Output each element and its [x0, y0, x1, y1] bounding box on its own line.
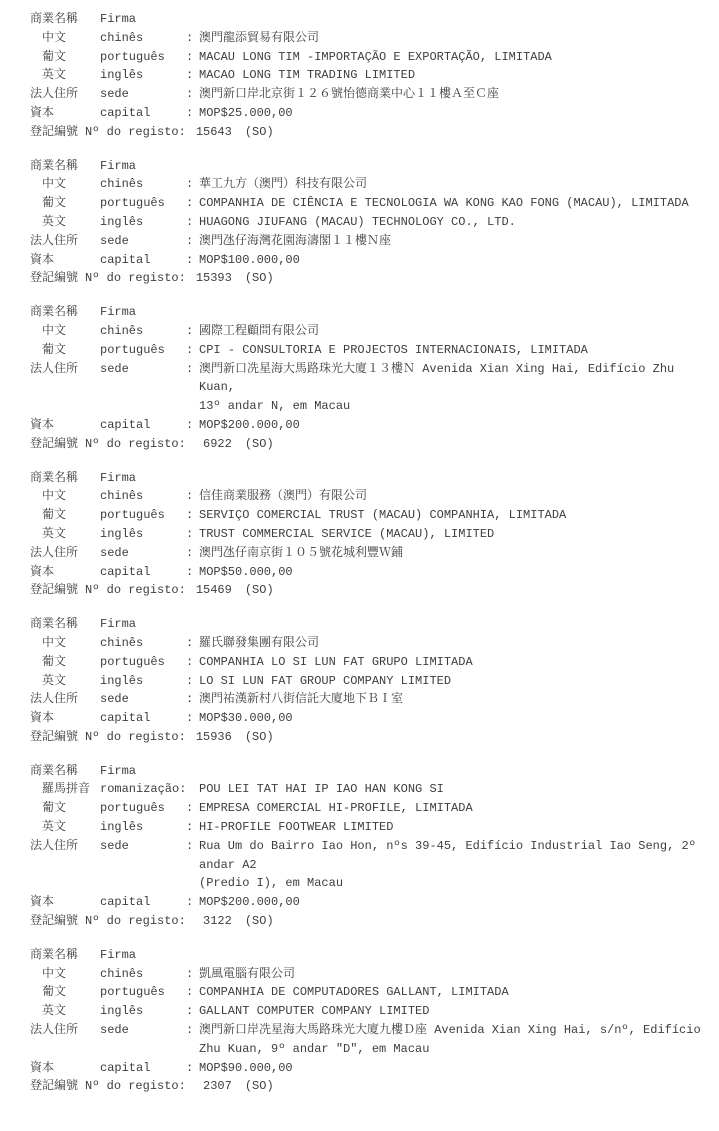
field-value-line: MACAO LONG TIM TRADING LIMITED [199, 66, 711, 85]
field-label-pt: capital [100, 416, 186, 435]
field-label-pt: inglês [100, 525, 186, 544]
field-label-pt: chinês [100, 965, 186, 984]
field-value-line: 澳門新口冼星海大馬路珠光大廈１３樓Ｎ Avenida Xian Xing Hai… [199, 360, 711, 398]
field-label-zh: 資本 [30, 251, 100, 270]
entry-field-row: 葡文português:COMPANHIA DE CIÊNCIA E TECNO… [30, 194, 711, 213]
field-value-line: POU LEI TAT HAI IP IAO HAN KONG SI [199, 780, 711, 799]
field-label-pt: português [100, 48, 186, 67]
entry-header-label-zh: 商業名稱 [30, 157, 100, 176]
entry-field-row: 羅馬拼音romanização:POU LEI TAT HAI IP IAO H… [30, 780, 711, 799]
field-value: 華工九方（澳門）科技有限公司 [199, 175, 711, 194]
field-colon: : [186, 525, 199, 544]
field-label-pt: inglês [100, 213, 186, 232]
registration-number: 15393 [194, 269, 232, 288]
field-label-pt: chinês [100, 634, 186, 653]
field-value: MOP$25.000,00 [199, 104, 711, 123]
field-colon: : [186, 251, 199, 270]
field-value: EMPRESA COMERCIAL HI-PROFILE, LIMITADA [199, 799, 711, 818]
entry-header-label-pt: Firma [100, 303, 186, 322]
field-value-line: 澳門祐漢新村八街信託大廈地下ＢＩ室 [199, 690, 711, 709]
registry-entry: 商業名稱Firma中文chinês:羅氏聯發集團有限公司葡文português:… [30, 615, 711, 747]
field-colon: : [186, 818, 199, 837]
field-value-line: MACAU LONG TIM -IMPORTAÇÃO E EXPORTAÇÃO,… [199, 48, 711, 67]
field-label-pt: capital [100, 893, 186, 912]
field-colon: : [186, 653, 199, 672]
registration-suffix: (SO) [245, 728, 274, 747]
field-label-pt: português [100, 983, 186, 1002]
entry-field-row: 法人住所sede:澳門氹仔海灣花園海濤閣１１樓Ｎ座 [30, 232, 711, 251]
field-label-zh: 中文 [30, 965, 100, 984]
field-value: 澳門龍添貿易有限公司 [199, 29, 711, 48]
field-colon: : [186, 104, 199, 123]
field-label-pt: chinês [100, 29, 186, 48]
field-colon: : [186, 322, 199, 341]
field-value: 澳門新口岸冼星海大馬路珠光大廈九樓Ｄ座 Avenida Xian Xing Ha… [199, 1021, 711, 1059]
entry-field-row: 中文chinês:信佳商業服務（澳門）有限公司 [30, 487, 711, 506]
field-label-pt: chinês [100, 175, 186, 194]
field-value: LO SI LUN FAT GROUP COMPANY LIMITED [199, 672, 711, 691]
registration-number: 15643 [194, 123, 232, 142]
field-label-pt: sede [100, 1021, 186, 1040]
field-colon: : [186, 799, 199, 818]
field-label-pt: português [100, 506, 186, 525]
registry-entry: 商業名稱Firma中文chinês:國際工程顧問有限公司葡文português:… [30, 303, 711, 453]
field-colon: : [186, 544, 199, 563]
field-label-zh: 資本 [30, 563, 100, 582]
field-label-zh: 法人住所 [30, 690, 100, 709]
registration-suffix: (SO) [245, 581, 274, 600]
field-label-zh: 葡文 [30, 194, 100, 213]
field-value-line: 澳門新口岸冼星海大馬路珠光大廈九樓Ｄ座 Avenida Xian Xing Ha… [199, 1021, 711, 1040]
field-colon: : [186, 85, 199, 104]
field-value-line: HUAGONG JIUFANG (MACAU) TECHNOLOGY CO., … [199, 213, 711, 232]
entry-registration-row: 登記編號Nº do registo:15469(SO) [30, 581, 711, 600]
registration-suffix: (SO) [245, 435, 274, 454]
entry-header-label-zh: 商業名稱 [30, 303, 100, 322]
field-label-pt: capital [100, 251, 186, 270]
registration-label-zh: 登記編號 [30, 581, 78, 600]
field-label-pt: chinês [100, 322, 186, 341]
registration-suffix: (SO) [245, 912, 274, 931]
field-value: 信佳商業服務（澳門）有限公司 [199, 487, 711, 506]
field-value: 澳門氹仔南京街１０５號花城利豐Ｗ鋪 [199, 544, 711, 563]
field-value-line: MOP$30.000,00 [199, 709, 711, 728]
field-value-line: 羅氏聯發集團有限公司 [199, 634, 711, 653]
registration-label-zh: 登記編號 [30, 728, 78, 747]
entry-header-label-pt: Firma [100, 762, 186, 781]
field-colon: : [186, 48, 199, 67]
field-value: HI-PROFILE FOOTWEAR LIMITED [199, 818, 711, 837]
entry-field-row: 葡文português:CPI - CONSULTORIA E PROJECTO… [30, 341, 711, 360]
field-label-pt: português [100, 194, 186, 213]
field-label-zh: 葡文 [30, 48, 100, 67]
entry-field-row: 葡文português:SERVIÇO COMERCIAL TRUST (MAC… [30, 506, 711, 525]
field-value-line: Zhu Kuan, 9º andar "D", em Macau [199, 1040, 711, 1059]
entry-registration-row: 登記編號Nº do registo:3122(SO) [30, 912, 711, 931]
registration-label-pt: Nº do registo: [85, 123, 186, 142]
field-value-line: LO SI LUN FAT GROUP COMPANY LIMITED [199, 672, 711, 691]
entry-header-row: 商業名稱Firma [30, 469, 711, 488]
entry-registration-row: 登記編號Nº do registo:15936(SO) [30, 728, 711, 747]
field-label-zh: 資本 [30, 416, 100, 435]
field-colon: : [186, 506, 199, 525]
registration-label-zh: 登記編號 [30, 123, 78, 142]
field-colon: : [186, 837, 199, 856]
entry-field-row: 法人住所sede:澳門新口岸北京街１２６號怡德商業中心１１樓Ａ至Ｃ座 [30, 85, 711, 104]
field-label-pt: capital [100, 563, 186, 582]
field-value-line: 澳門龍添貿易有限公司 [199, 29, 711, 48]
field-label-zh: 中文 [30, 322, 100, 341]
field-label-zh: 中文 [30, 175, 100, 194]
field-value: CPI - CONSULTORIA E PROJECTOS INTERNACIO… [199, 341, 711, 360]
entry-field-row: 中文chinês:羅氏聯發集團有限公司 [30, 634, 711, 653]
registry-entry: 商業名稱Firma羅馬拼音romanização:POU LEI TAT HAI… [30, 762, 711, 931]
field-value-line: GALLANT COMPUTER COMPANY LIMITED [199, 1002, 711, 1021]
field-value-line: 凱風電腦有限公司 [199, 965, 711, 984]
field-value-line: (Predio I), em Macau [199, 874, 711, 893]
field-value-line: 澳門氹仔海灣花園海濤閣１１樓Ｎ座 [199, 232, 711, 251]
field-value-line: MOP$50.000,00 [199, 563, 711, 582]
entry-header-label-zh: 商業名稱 [30, 615, 100, 634]
registry-entry: 商業名稱Firma中文chinês:信佳商業服務（澳門）有限公司葡文portug… [30, 469, 711, 601]
field-value: MACAU LONG TIM -IMPORTAÇÃO E EXPORTAÇÃO,… [199, 48, 711, 67]
registration-label-pt: Nº do registo: [85, 728, 186, 747]
entry-header-label-pt: Firma [100, 10, 186, 29]
field-colon: : [186, 1059, 199, 1078]
field-colon: : [186, 232, 199, 251]
field-colon: : [186, 672, 199, 691]
entry-field-row: 法人住所sede:澳門新口冼星海大馬路珠光大廈１３樓Ｎ Avenida Xian… [30, 360, 711, 416]
field-value-line: Rua Um do Bairro Iao Hon, nºs 39-45, Edi… [199, 837, 711, 875]
entry-field-row: 英文inglês:TRUST COMMERCIAL SERVICE (MACAU… [30, 525, 711, 544]
entry-field-row: 葡文português:MACAU LONG TIM -IMPORTAÇÃO E… [30, 48, 711, 67]
registry-document: 商業名稱Firma中文chinês:澳門龍添貿易有限公司葡文português:… [30, 10, 711, 1096]
field-colon: : [186, 893, 199, 912]
field-value-line: CPI - CONSULTORIA E PROJECTOS INTERNACIO… [199, 341, 711, 360]
field-colon: : [186, 487, 199, 506]
field-label-zh: 英文 [30, 525, 100, 544]
entry-header-label-zh: 商業名稱 [30, 469, 100, 488]
field-label-zh: 葡文 [30, 653, 100, 672]
field-value: 羅氏聯發集團有限公司 [199, 634, 711, 653]
entry-field-row: 葡文português:COMPANHIA LO SI LUN FAT GRUP… [30, 653, 711, 672]
entry-header-row: 商業名稱Firma [30, 762, 711, 781]
field-label-pt: sede [100, 85, 186, 104]
field-colon: : [186, 563, 199, 582]
entry-field-row: 資本capital:MOP$25.000,00 [30, 104, 711, 123]
field-label-pt: português [100, 653, 186, 672]
field-value-line: 澳門氹仔南京街１０５號花城利豐Ｗ鋪 [199, 544, 711, 563]
field-value-line: HI-PROFILE FOOTWEAR LIMITED [199, 818, 711, 837]
field-colon: : [186, 634, 199, 653]
field-value-line: 澳門新口岸北京街１２６號怡德商業中心１１樓Ａ至Ｃ座 [199, 85, 711, 104]
field-label-zh: 中文 [30, 487, 100, 506]
gazette-page: 商業名稱Firma中文chinês:澳門龍添貿易有限公司葡文português:… [0, 0, 719, 1131]
registration-label-pt: Nº do registo: [85, 912, 186, 931]
registration-suffix: (SO) [245, 1077, 274, 1096]
field-label-pt: chinês [100, 487, 186, 506]
entry-field-row: 法人住所sede:澳門氹仔南京街１０５號花城利豐Ｗ鋪 [30, 544, 711, 563]
entry-header-row: 商業名稱Firma [30, 303, 711, 322]
field-value: 凱風電腦有限公司 [199, 965, 711, 984]
field-label-zh: 英文 [30, 66, 100, 85]
field-value: MOP$100.000,00 [199, 251, 711, 270]
field-label-zh: 法人住所 [30, 1021, 100, 1040]
entry-field-row: 法人住所sede:澳門祐漢新村八街信託大廈地下ＢＩ室 [30, 690, 711, 709]
registration-suffix: (SO) [245, 269, 274, 288]
entry-field-row: 英文inglês:MACAO LONG TIM TRADING LIMITED [30, 66, 711, 85]
registration-label-pt: Nº do registo: [85, 1077, 186, 1096]
field-value-line: SERVIÇO COMERCIAL TRUST (MACAU) COMPANHI… [199, 506, 711, 525]
field-label-pt: capital [100, 1059, 186, 1078]
entry-header-row: 商業名稱Firma [30, 157, 711, 176]
entry-field-row: 資本capital:MOP$30.000,00 [30, 709, 711, 728]
entry-header-label-zh: 商業名稱 [30, 10, 100, 29]
registration-label-pt: Nº do registo: [85, 581, 186, 600]
field-label-pt: inglês [100, 818, 186, 837]
field-label-zh: 葡文 [30, 799, 100, 818]
field-label-zh: 法人住所 [30, 232, 100, 251]
field-value: TRUST COMMERCIAL SERVICE (MACAU), LIMITE… [199, 525, 711, 544]
registration-number: 15469 [194, 581, 232, 600]
field-label-pt: português [100, 799, 186, 818]
entry-field-row: 英文inglês:HI-PROFILE FOOTWEAR LIMITED [30, 818, 711, 837]
entry-field-row: 中文chinês:國際工程顧問有限公司 [30, 322, 711, 341]
field-colon: : [186, 66, 199, 85]
field-label-zh: 葡文 [30, 341, 100, 360]
field-label-pt: inglês [100, 66, 186, 85]
field-label-zh: 羅馬拼音 [30, 780, 100, 799]
registration-label-pt: Nº do registo: [85, 269, 186, 288]
entry-header-row: 商業名稱Firma [30, 10, 711, 29]
entry-field-row: 資本capital:MOP$90.000,00 [30, 1059, 711, 1078]
entry-header-label-pt: Firma [100, 469, 186, 488]
field-value: COMPANHIA DE CIÊNCIA E TECNOLOGIA WA KON… [199, 194, 711, 213]
field-value: MOP$200.000,00 [199, 416, 711, 435]
entry-registration-row: 登記編號Nº do registo:15393(SO) [30, 269, 711, 288]
entry-field-row: 資本capital:MOP$100.000,00 [30, 251, 711, 270]
entry-field-row: 葡文português:EMPRESA COMERCIAL HI-PROFILE… [30, 799, 711, 818]
entry-field-row: 資本capital:MOP$200.000,00 [30, 416, 711, 435]
field-value-line: COMPANHIA DE COMPUTADORES GALLANT, LIMIT… [199, 983, 711, 1002]
field-value-line: COMPANHIA DE CIÊNCIA E TECNOLOGIA WA KON… [199, 194, 711, 213]
entry-field-row: 英文inglês:LO SI LUN FAT GROUP COMPANY LIM… [30, 672, 711, 691]
field-value-line: 華工九方（澳門）科技有限公司 [199, 175, 711, 194]
entry-field-row: 英文inglês:GALLANT COMPUTER COMPANY LIMITE… [30, 1002, 711, 1021]
field-label-zh: 資本 [30, 104, 100, 123]
registration-label-zh: 登記編號 [30, 269, 78, 288]
entry-field-row: 英文inglês:HUAGONG JIUFANG (MACAU) TECHNOL… [30, 213, 711, 232]
field-label-zh: 英文 [30, 818, 100, 837]
field-label-pt: inglês [100, 672, 186, 691]
registration-label-zh: 登記編號 [30, 912, 78, 931]
field-label-pt: sede [100, 690, 186, 709]
field-value: 澳門祐漢新村八街信託大廈地下ＢＩ室 [199, 690, 711, 709]
field-colon: : [186, 1021, 199, 1040]
field-value: MOP$50.000,00 [199, 563, 711, 582]
entry-registration-row: 登記編號Nº do registo:15643(SO) [30, 123, 711, 142]
entry-field-row: 法人住所sede:Rua Um do Bairro Iao Hon, nºs 3… [30, 837, 711, 893]
field-label-pt: capital [100, 709, 186, 728]
field-label-pt: inglês [100, 1002, 186, 1021]
registry-entry: 商業名稱Firma中文chinês:凱風電腦有限公司葡文português:CO… [30, 946, 711, 1096]
field-value-line: MOP$200.000,00 [199, 416, 711, 435]
field-label-zh: 法人住所 [30, 85, 100, 104]
field-value: MOP$200.000,00 [199, 893, 711, 912]
field-value: MOP$90.000,00 [199, 1059, 711, 1078]
entry-header-label-pt: Firma [100, 157, 186, 176]
field-value: SERVIÇO COMERCIAL TRUST (MACAU) COMPANHI… [199, 506, 711, 525]
registration-number: 2307 [194, 1077, 232, 1096]
field-label-zh: 葡文 [30, 506, 100, 525]
entry-field-row: 資本capital:MOP$200.000,00 [30, 893, 711, 912]
field-label-zh: 法人住所 [30, 837, 100, 856]
registry-entry: 商業名稱Firma中文chinês:澳門龍添貿易有限公司葡文português:… [30, 10, 711, 142]
field-colon: : [186, 213, 199, 232]
entry-registration-row: 登記編號Nº do registo:2307(SO) [30, 1077, 711, 1096]
field-colon: : [186, 194, 199, 213]
entry-header-row: 商業名稱Firma [30, 946, 711, 965]
entry-field-row: 中文chinês:華工九方（澳門）科技有限公司 [30, 175, 711, 194]
field-label-pt: sede [100, 544, 186, 563]
field-label-pt: sede [100, 360, 186, 379]
field-value-line: MOP$25.000,00 [199, 104, 711, 123]
registration-number: 3122 [194, 912, 232, 931]
registration-suffix: (SO) [245, 123, 274, 142]
entry-header-row: 商業名稱Firma [30, 615, 711, 634]
entry-field-row: 法人住所sede:澳門新口岸冼星海大馬路珠光大廈九樓Ｄ座 Avenida Xia… [30, 1021, 711, 1059]
field-colon: : [186, 29, 199, 48]
field-value: 澳門氹仔海灣花園海濤閣１１樓Ｎ座 [199, 232, 711, 251]
entry-header-label-zh: 商業名稱 [30, 946, 100, 965]
registration-number: 6922 [194, 435, 232, 454]
registry-entry: 商業名稱Firma中文chinês:華工九方（澳門）科技有限公司葡文portug… [30, 157, 711, 289]
entry-field-row: 資本capital:MOP$50.000,00 [30, 563, 711, 582]
field-colon: : [186, 965, 199, 984]
field-value: COMPANHIA LO SI LUN FAT GRUPO LIMITADA [199, 653, 711, 672]
field-value: GALLANT COMPUTER COMPANY LIMITED [199, 1002, 711, 1021]
field-label-zh: 法人住所 [30, 360, 100, 379]
field-colon: : [186, 1002, 199, 1021]
registration-number: 15936 [194, 728, 232, 747]
field-label-zh: 英文 [30, 1002, 100, 1021]
registration-label-zh: 登記編號 [30, 435, 78, 454]
field-value-line: 13º andar N, em Macau [199, 397, 711, 416]
field-colon: : [186, 360, 199, 379]
entry-registration-row: 登記編號Nº do registo:6922(SO) [30, 435, 711, 454]
field-value: HUAGONG JIUFANG (MACAU) TECHNOLOGY CO., … [199, 213, 711, 232]
field-label-zh: 中文 [30, 634, 100, 653]
field-label-zh: 資本 [30, 1059, 100, 1078]
field-value-line: COMPANHIA LO SI LUN FAT GRUPO LIMITADA [199, 653, 711, 672]
registration-label-pt: Nº do registo: [85, 435, 186, 454]
field-value-line: MOP$100.000,00 [199, 251, 711, 270]
entry-header-label-zh: 商業名稱 [30, 762, 100, 781]
field-label-pt: capital [100, 104, 186, 123]
field-colon: : [186, 175, 199, 194]
entry-header-label-pt: Firma [100, 615, 186, 634]
field-label-pt: sede [100, 837, 186, 856]
entry-field-row: 中文chinês:凱風電腦有限公司 [30, 965, 711, 984]
field-value: 澳門新口冼星海大馬路珠光大廈１３樓Ｎ Avenida Xian Xing Hai… [199, 360, 711, 416]
field-colon: : [186, 416, 199, 435]
entry-field-row: 葡文português:COMPANHIA DE COMPUTADORES GA… [30, 983, 711, 1002]
field-value-line: 國際工程顧問有限公司 [199, 322, 711, 341]
field-label-zh: 中文 [30, 29, 100, 48]
field-value-line: EMPRESA COMERCIAL HI-PROFILE, LIMITADA [199, 799, 711, 818]
field-colon: : [186, 690, 199, 709]
field-value-line: MOP$90.000,00 [199, 1059, 711, 1078]
field-label-zh: 資本 [30, 893, 100, 912]
field-value: MOP$30.000,00 [199, 709, 711, 728]
field-value-line: TRUST COMMERCIAL SERVICE (MACAU), LIMITE… [199, 525, 711, 544]
registration-label-zh: 登記編號 [30, 1077, 78, 1096]
field-value: 國際工程顧問有限公司 [199, 322, 711, 341]
field-label-zh: 英文 [30, 672, 100, 691]
field-label-zh: 法人住所 [30, 544, 100, 563]
field-label-zh: 資本 [30, 709, 100, 728]
field-label-pt: sede [100, 232, 186, 251]
field-value: Rua Um do Bairro Iao Hon, nºs 39-45, Edi… [199, 837, 711, 893]
field-label-pt: português [100, 341, 186, 360]
field-value-line: MOP$200.000,00 [199, 893, 711, 912]
field-colon: : [186, 983, 199, 1002]
field-colon: : [186, 709, 199, 728]
field-value-line: 信佳商業服務（澳門）有限公司 [199, 487, 711, 506]
field-label-zh: 葡文 [30, 983, 100, 1002]
field-value: 澳門新口岸北京街１２６號怡德商業中心１１樓Ａ至Ｃ座 [199, 85, 711, 104]
entry-field-row: 中文chinês:澳門龍添貿易有限公司 [30, 29, 711, 48]
field-value: COMPANHIA DE COMPUTADORES GALLANT, LIMIT… [199, 983, 711, 1002]
entry-header-label-pt: Firma [100, 946, 186, 965]
field-colon: : [186, 341, 199, 360]
field-value: POU LEI TAT HAI IP IAO HAN KONG SI [199, 780, 711, 799]
field-label-pt: romanização: [100, 780, 186, 799]
field-value: MACAO LONG TIM TRADING LIMITED [199, 66, 711, 85]
field-label-zh: 英文 [30, 213, 100, 232]
